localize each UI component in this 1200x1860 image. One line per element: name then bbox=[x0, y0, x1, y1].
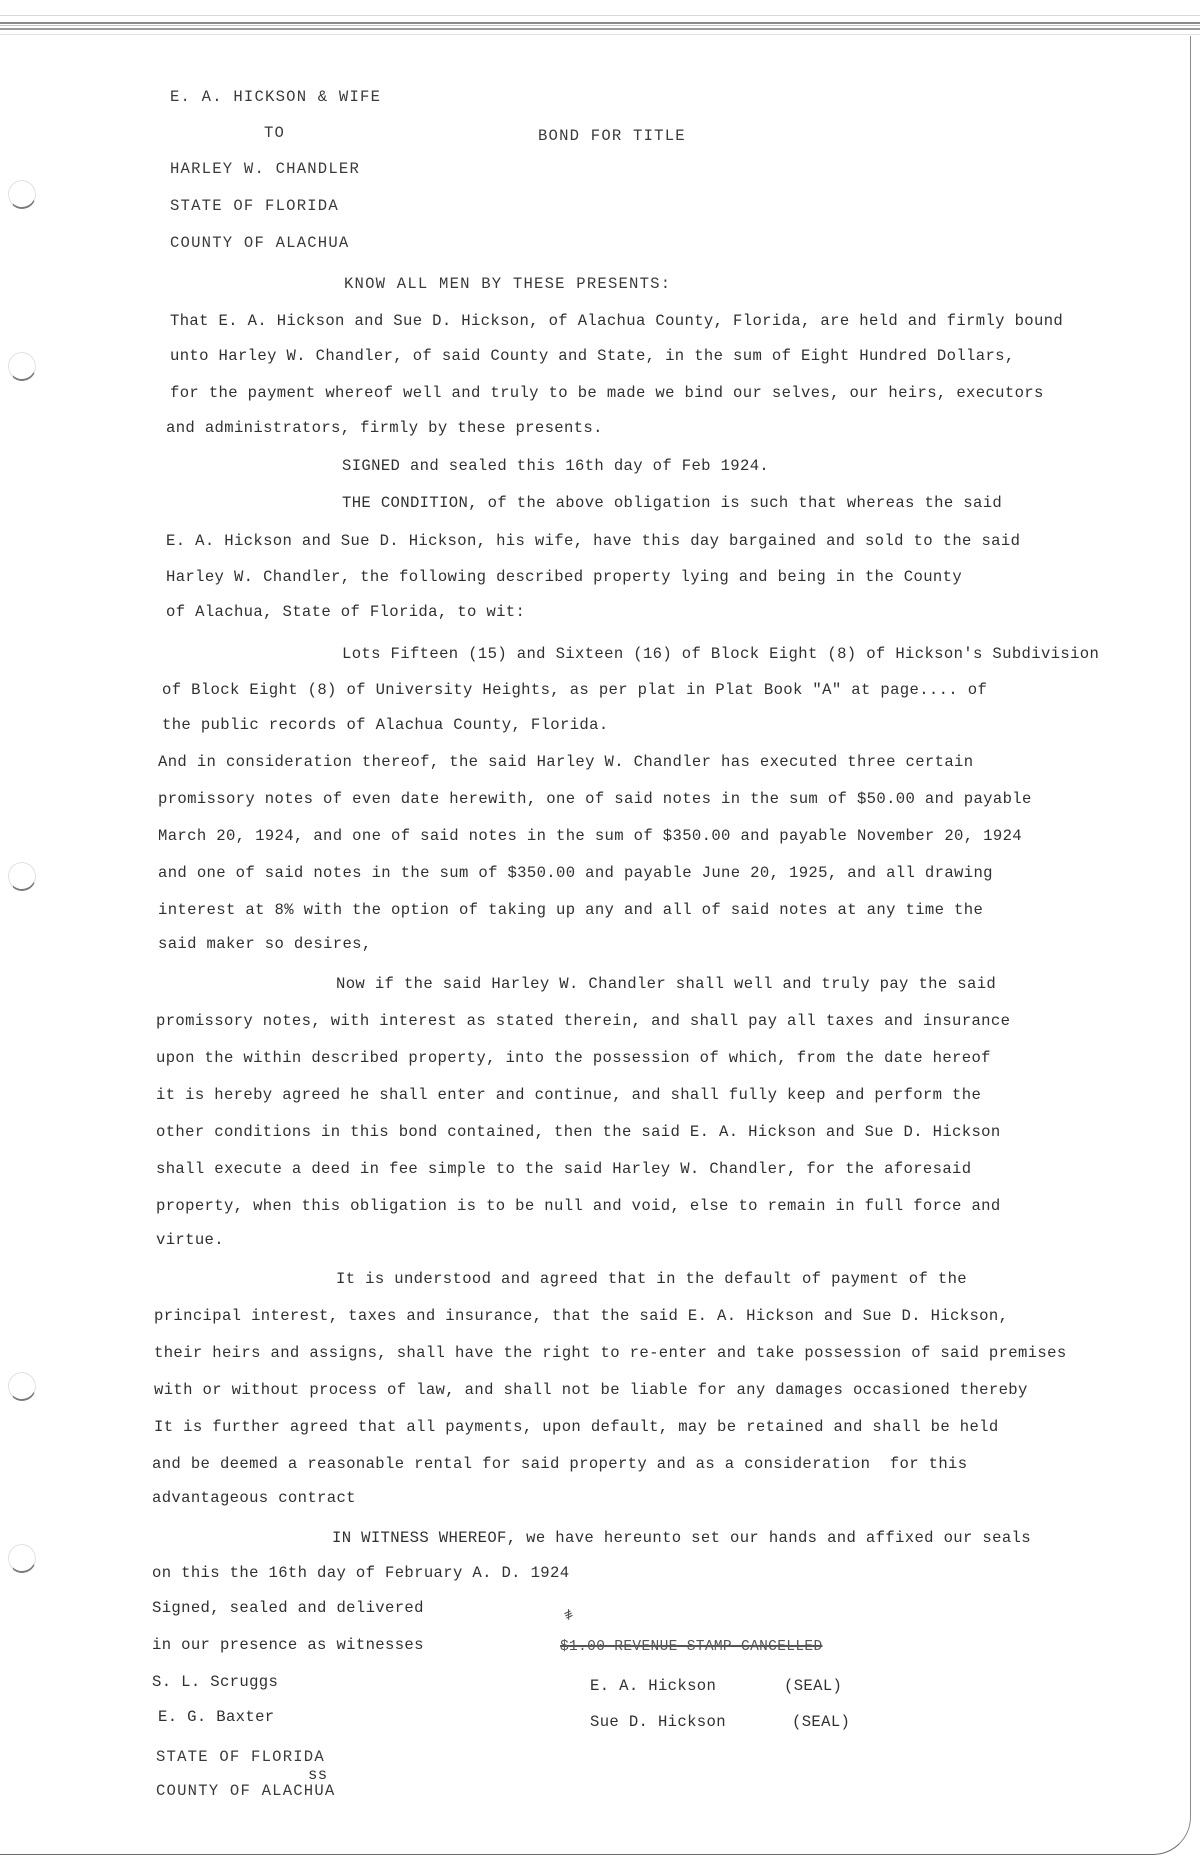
body-line: and administrators, firmly by these pres… bbox=[166, 419, 603, 437]
body-line: That E. A. Hickson and Sue D. Hickson, o… bbox=[170, 312, 1063, 330]
body-line: and be deemed a reasonable rental for sa… bbox=[152, 1455, 967, 1473]
body-line: with or without process of law, and shal… bbox=[154, 1381, 1028, 1399]
body-line: on this the 16th day of February A. D. 1… bbox=[152, 1564, 569, 1582]
body-line: their heirs and assigns, shall have the … bbox=[154, 1344, 1067, 1362]
body-line: virtue. bbox=[156, 1231, 224, 1249]
body-line: IN WITNESS WHEREOF, we have hereunto set… bbox=[332, 1529, 1031, 1547]
caption-to: TO bbox=[264, 124, 285, 142]
ack-county: COUNTY OF ALACHUA bbox=[156, 1782, 335, 1800]
signatory-name: E. A. Hickson bbox=[590, 1677, 716, 1695]
body-line: the public records of Alachua County, Fl… bbox=[162, 716, 609, 734]
body-line: said maker so desires, bbox=[158, 935, 372, 953]
caption-party-from: E. A. HICKSON & WIFE bbox=[170, 88, 381, 106]
body-line: It is further agreed that all payments, … bbox=[154, 1418, 999, 1436]
body-line: E. A. Hickson and Sue D. Hickson, his wi… bbox=[166, 532, 1020, 550]
body-line: SIGNED and sealed this 16th day of Feb 1… bbox=[342, 457, 769, 475]
attestation-line-2: in our presence as witnesses bbox=[152, 1636, 424, 1654]
body-line: THE CONDITION, of the above obligation i… bbox=[342, 494, 1002, 512]
body-line: principal interest, taxes and insurance,… bbox=[154, 1307, 1008, 1325]
body-line: And in consideration thereof, the said H… bbox=[158, 753, 973, 771]
seal-label: (SEAL) bbox=[792, 1713, 850, 1731]
body-line: unto Harley W. Chandler, of said County … bbox=[170, 347, 1015, 365]
body-line: and one of said notes in the sum of $350… bbox=[158, 864, 993, 882]
body-line: for the payment whereof well and truly t… bbox=[170, 384, 1044, 402]
body-line: interest at 8% with the option of taking… bbox=[158, 901, 983, 919]
body-line: It is understood and agreed that in the … bbox=[336, 1270, 967, 1288]
heading: KNOW ALL MEN BY THESE PRESENTS: bbox=[344, 275, 671, 293]
body-line: Lots Fifteen (15) and Sixteen (16) of Bl… bbox=[342, 645, 1099, 663]
caption-county: COUNTY OF ALACHUA bbox=[170, 234, 349, 252]
body-line: property, when this obligation is to be … bbox=[156, 1197, 1001, 1215]
body-line: upon the within described property, into… bbox=[156, 1049, 991, 1067]
body-line: of Alachua, State of Florida, to wit: bbox=[166, 603, 525, 621]
body-line: of Block Eight (8) of University Heights… bbox=[162, 681, 987, 699]
caption-party-to: HARLEY W. CHANDLER bbox=[170, 160, 360, 178]
signatory-name: Sue D. Hickson bbox=[590, 1713, 726, 1731]
scan-edge-artifact bbox=[0, 0, 1200, 40]
body-line: it is hereby agreed he shall enter and c… bbox=[156, 1086, 981, 1104]
body-line: shall execute a deed in fee simple to th… bbox=[156, 1160, 971, 1178]
witness-1: S. L. Scruggs bbox=[152, 1673, 278, 1691]
body-line: promissory notes, with interest as state… bbox=[156, 1012, 1010, 1030]
attestation-line-1: Signed, sealed and delivered bbox=[152, 1599, 424, 1617]
body-line: March 20, 1924, and one of said notes in… bbox=[158, 827, 1022, 845]
body-line: Now if the said Harley W. Chandler shall… bbox=[336, 975, 996, 993]
body-line: promissory notes of even date herewith, … bbox=[158, 790, 1032, 808]
ack-state: STATE OF FLORIDA bbox=[156, 1748, 325, 1766]
body-line: other conditions in this bond contained,… bbox=[156, 1123, 1001, 1141]
body-line: advantageous contract bbox=[152, 1489, 356, 1507]
revenue-stamp-note: $1.00 REVENUE STAMP CANCELLED bbox=[560, 1638, 823, 1656]
body-line: Harley W. Chandler, the following descri… bbox=[166, 568, 962, 586]
witness-2: E. G. Baxter bbox=[158, 1708, 275, 1726]
caption-state: STATE OF FLORIDA bbox=[170, 197, 339, 215]
document-title: BOND FOR TITLE bbox=[538, 127, 686, 145]
seal-label: (SEAL) bbox=[784, 1677, 842, 1695]
